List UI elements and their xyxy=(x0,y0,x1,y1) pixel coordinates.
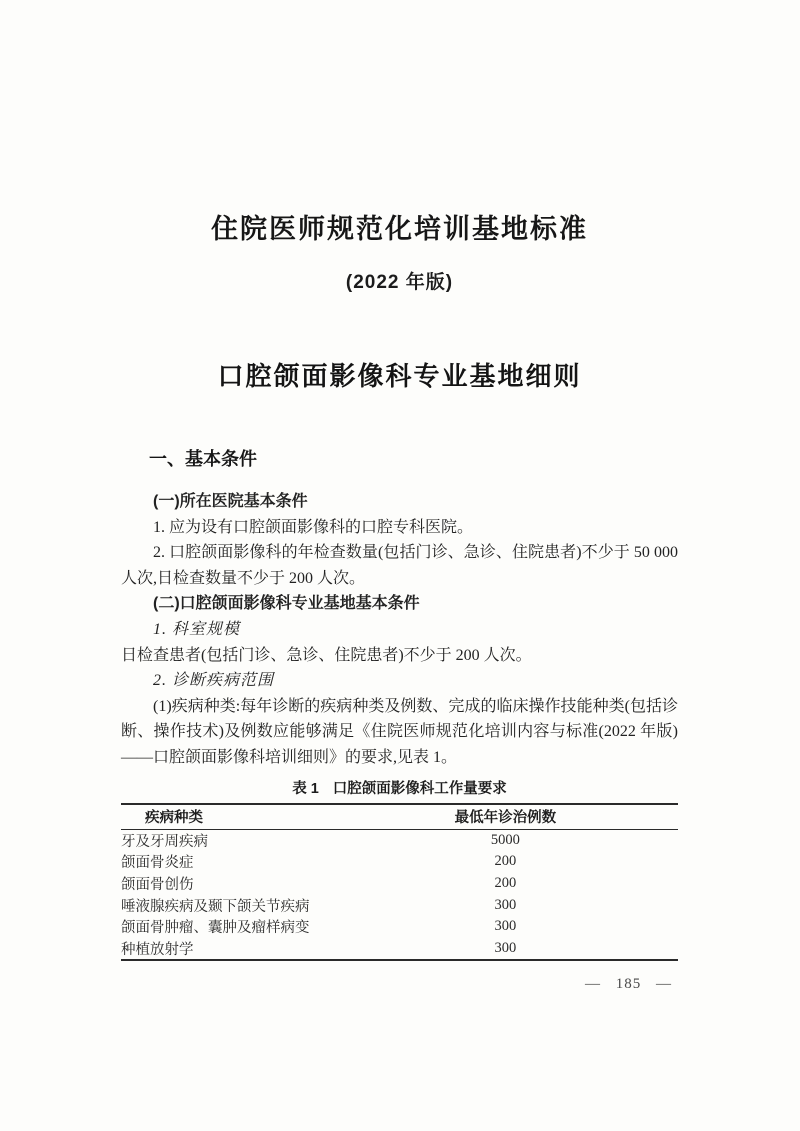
table-caption: 表 1口腔颌面影像科工作量要求 xyxy=(121,779,678,799)
section-title: 口腔颌面影像科专业基地细则 xyxy=(121,360,678,392)
cell-disease: 种植放射学 xyxy=(121,938,333,961)
paragraph-daily-patients: 日检查患者(包括门诊、急诊、住院患者)不少于 200 人次。 xyxy=(121,643,678,669)
table-row: 颌面骨肿瘤、囊肿及瘤样病变 300 xyxy=(121,916,678,938)
workload-table-header: 疾病种类 最低年诊治例数 xyxy=(121,804,678,830)
subheading-specialty-base-conditions: (二)口腔颌面影像科专业基地基本条件 xyxy=(121,591,678,617)
table-row: 唾液腺疾病及颞下颌关节疾病 300 xyxy=(121,894,678,916)
cell-cases: 300 xyxy=(333,938,678,961)
cell-disease: 颌面骨肿瘤、囊肿及瘤样病变 xyxy=(121,916,333,938)
paragraph-disease-types: (1)疾病种类:每年诊断的疾病种类及例数、完成的临床操作技能种类(包括诊断、操作… xyxy=(121,694,678,771)
heading-basic-conditions: 一、基本条件 xyxy=(121,447,678,471)
paragraph-hospital-type: 1. 应为设有口腔颌面影像科的口腔专科医院。 xyxy=(121,515,678,541)
cell-cases: 5000 xyxy=(333,829,678,851)
page-number: — 185 — xyxy=(585,976,672,993)
main-title: 住院医师规范化培训基地标准 xyxy=(121,212,678,246)
table-row: 种植放射学 300 xyxy=(121,938,678,961)
body-text: (一)所在医院基本条件 1. 应为设有口腔颌面影像科的口腔专科医院。 2. 口腔… xyxy=(121,489,678,771)
cell-disease: 颌面骨炎症 xyxy=(121,851,333,873)
cell-cases: 200 xyxy=(333,873,678,895)
table-header-row: 疾病种类 最低年诊治例数 xyxy=(121,804,678,830)
table-caption-label: 表 1 xyxy=(292,781,319,797)
document-page: 住院医师规范化培训基地标准 (2022 年版) 口腔颌面影像科专业基地细则 一、… xyxy=(0,0,800,1131)
table-row: 颌面骨创伤 200 xyxy=(121,873,678,895)
cell-cases: 300 xyxy=(333,916,678,938)
paragraph-annual-exam-volume: 2. 口腔颌面影像科的年检查数量(包括门诊、急诊、住院患者)不少于 50 000… xyxy=(121,540,678,591)
item-diagnosis-scope: 2. 诊断疾病范围 xyxy=(121,668,678,694)
cell-disease: 颌面骨创伤 xyxy=(121,873,333,895)
edition-subtitle: (2022 年版) xyxy=(121,270,678,296)
table-row: 牙及牙周疾病 5000 xyxy=(121,829,678,851)
cell-cases: 200 xyxy=(333,851,678,873)
cell-cases: 300 xyxy=(333,894,678,916)
cell-disease: 牙及牙周疾病 xyxy=(121,829,333,851)
item-department-scale: 1. 科室规模 xyxy=(121,617,678,643)
table-row: 颌面骨炎症 200 xyxy=(121,851,678,873)
cell-disease: 唾液腺疾病及颞下颌关节疾病 xyxy=(121,894,333,916)
table-caption-text: 口腔颌面影像科工作量要求 xyxy=(333,781,507,797)
document-body: 住院医师规范化培训基地标准 (2022 年版) 口腔颌面影像科专业基地细则 一、… xyxy=(121,0,678,961)
subheading-hospital-conditions: (一)所在医院基本条件 xyxy=(121,489,678,515)
workload-table-body: 牙及牙周疾病 5000 颌面骨炎症 200 颌面骨创伤 200 唾液腺疾病及颞下… xyxy=(121,829,678,960)
column-header-disease: 疾病种类 xyxy=(121,804,333,830)
column-header-min-cases: 最低年诊治例数 xyxy=(333,804,678,830)
workload-table: 疾病种类 最低年诊治例数 牙及牙周疾病 5000 颌面骨炎症 200 颌面骨创伤… xyxy=(121,803,678,962)
